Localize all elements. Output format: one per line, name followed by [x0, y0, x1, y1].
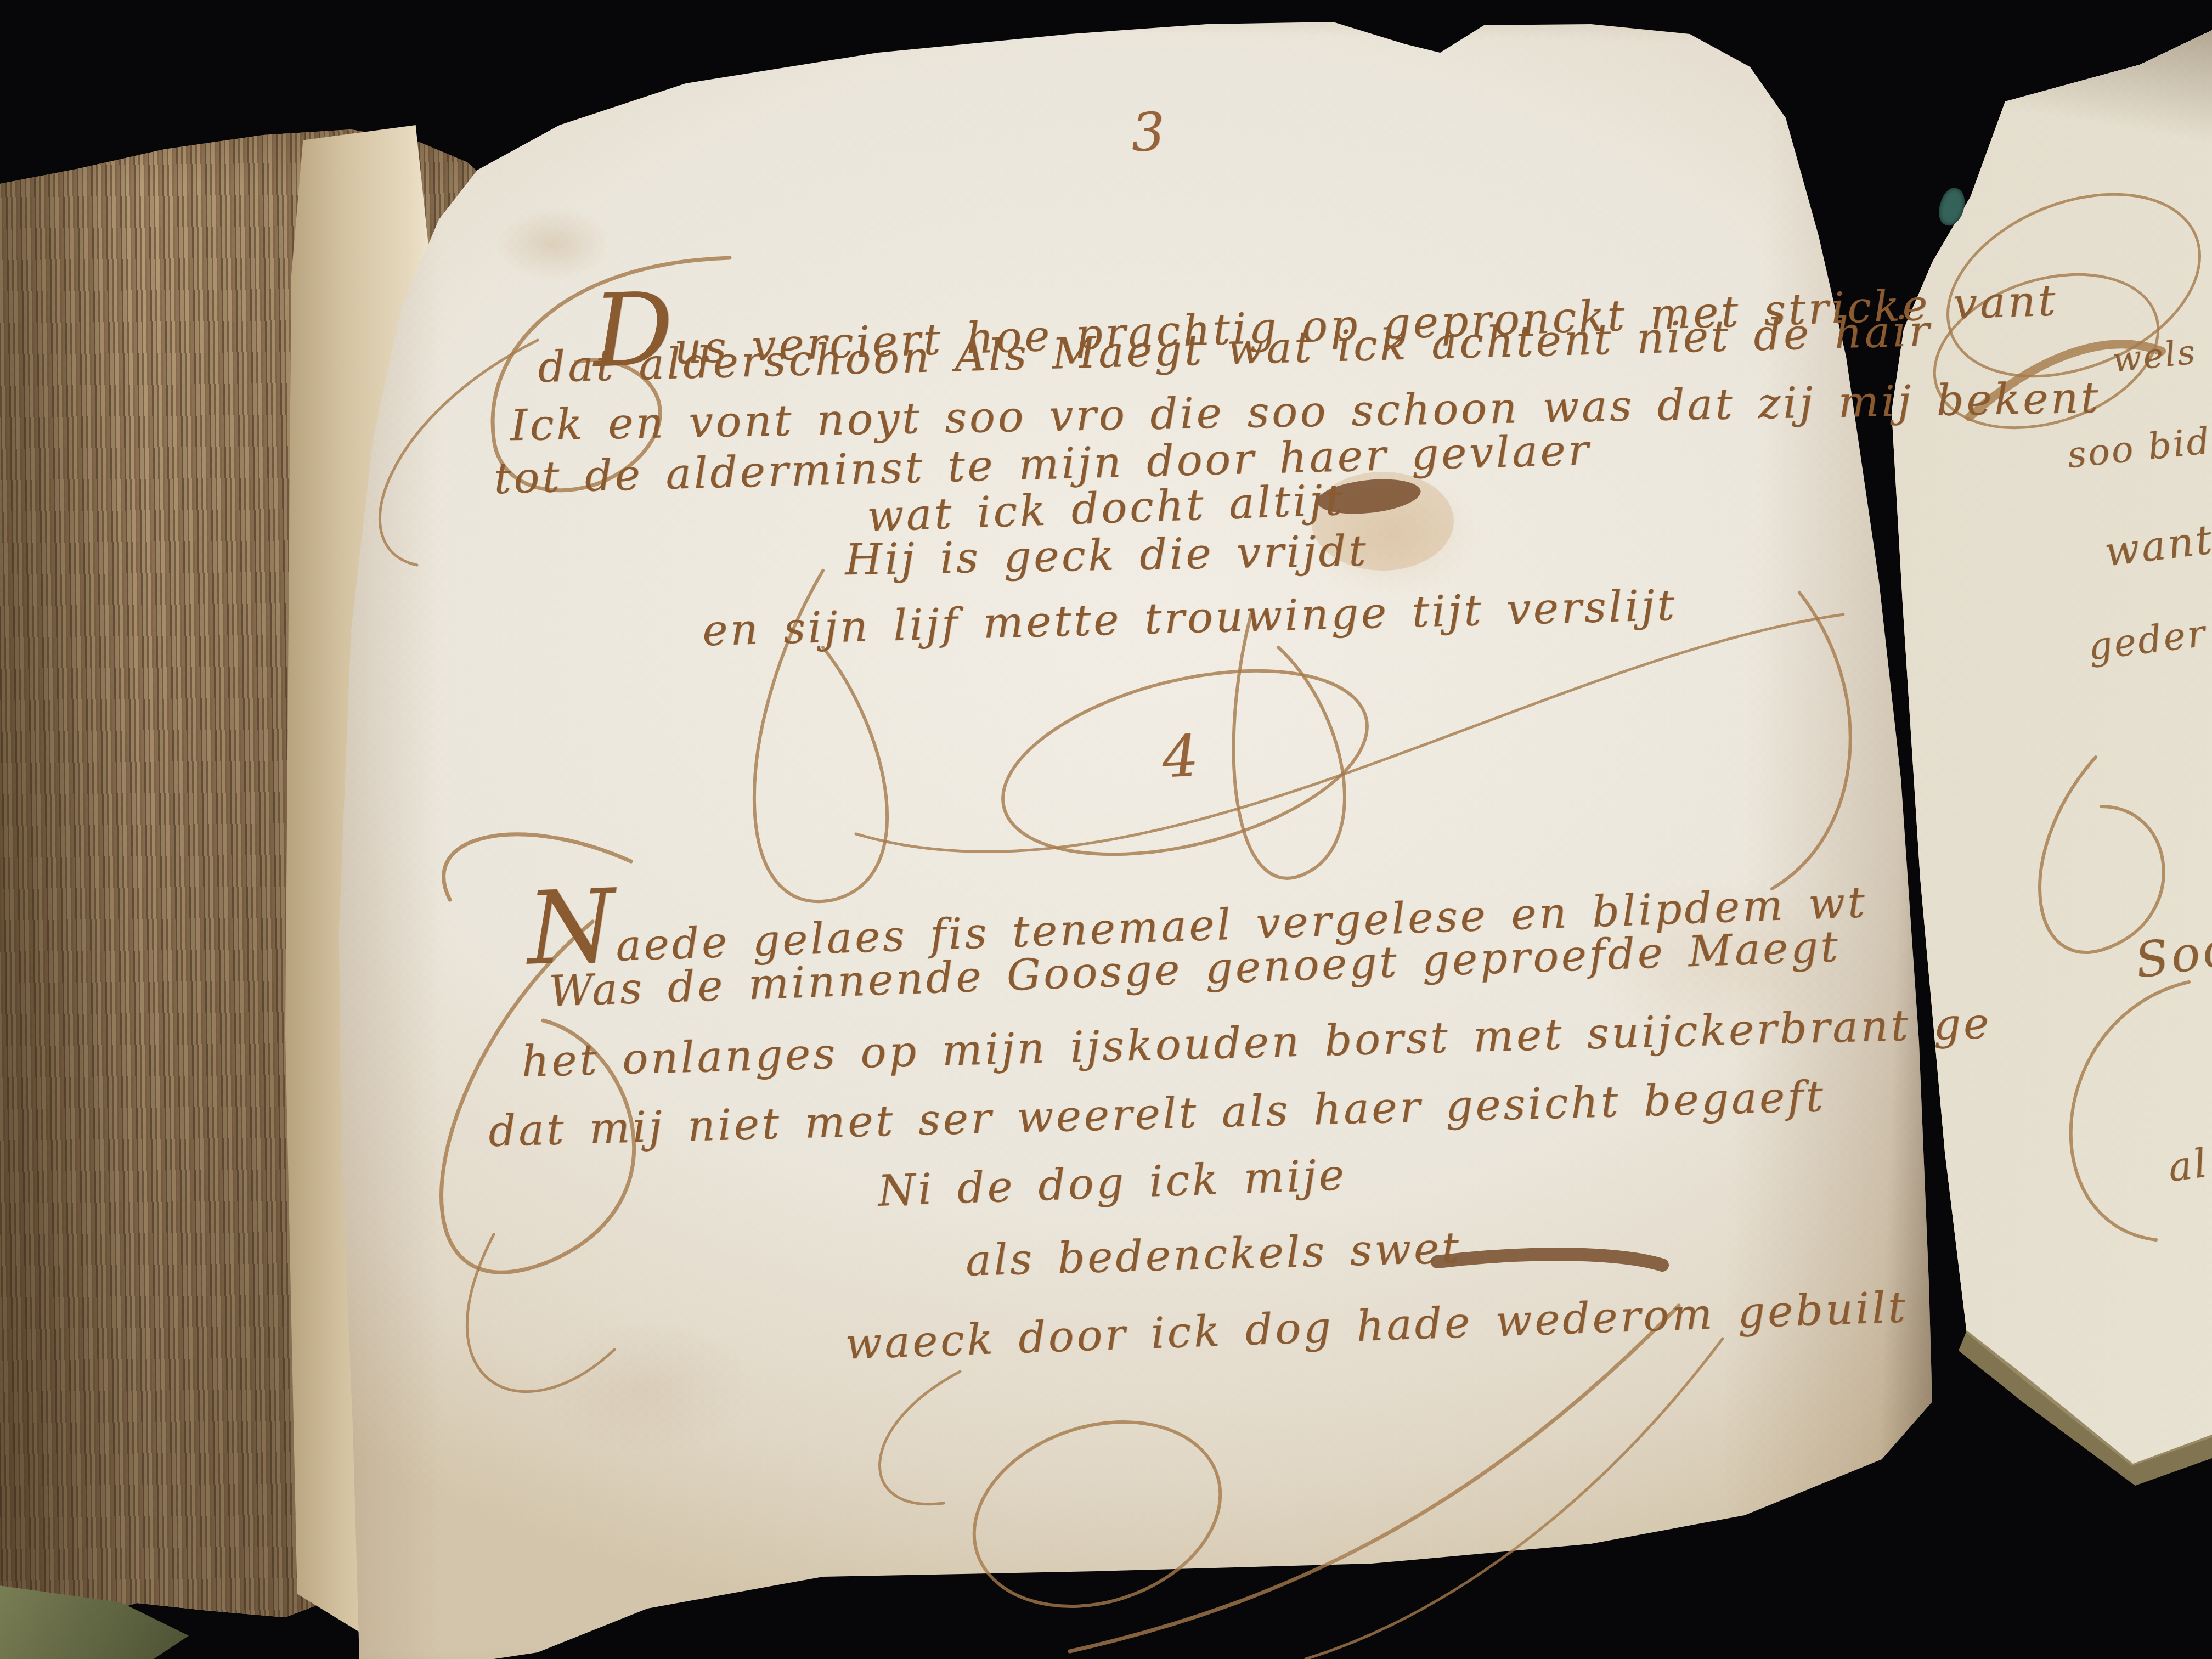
- right-page-text-fragment: al: [2165, 1139, 2211, 1190]
- page-number: 3: [1130, 101, 1169, 163]
- verse-line-s3-6: Hij is geck die vrijdt: [844, 527, 1368, 585]
- photo-of-open-manuscript-book: 3 Dus verciert hoe prachtig op gepronckt…: [0, 0, 2212, 1659]
- stanza-number: 4: [1160, 722, 1204, 791]
